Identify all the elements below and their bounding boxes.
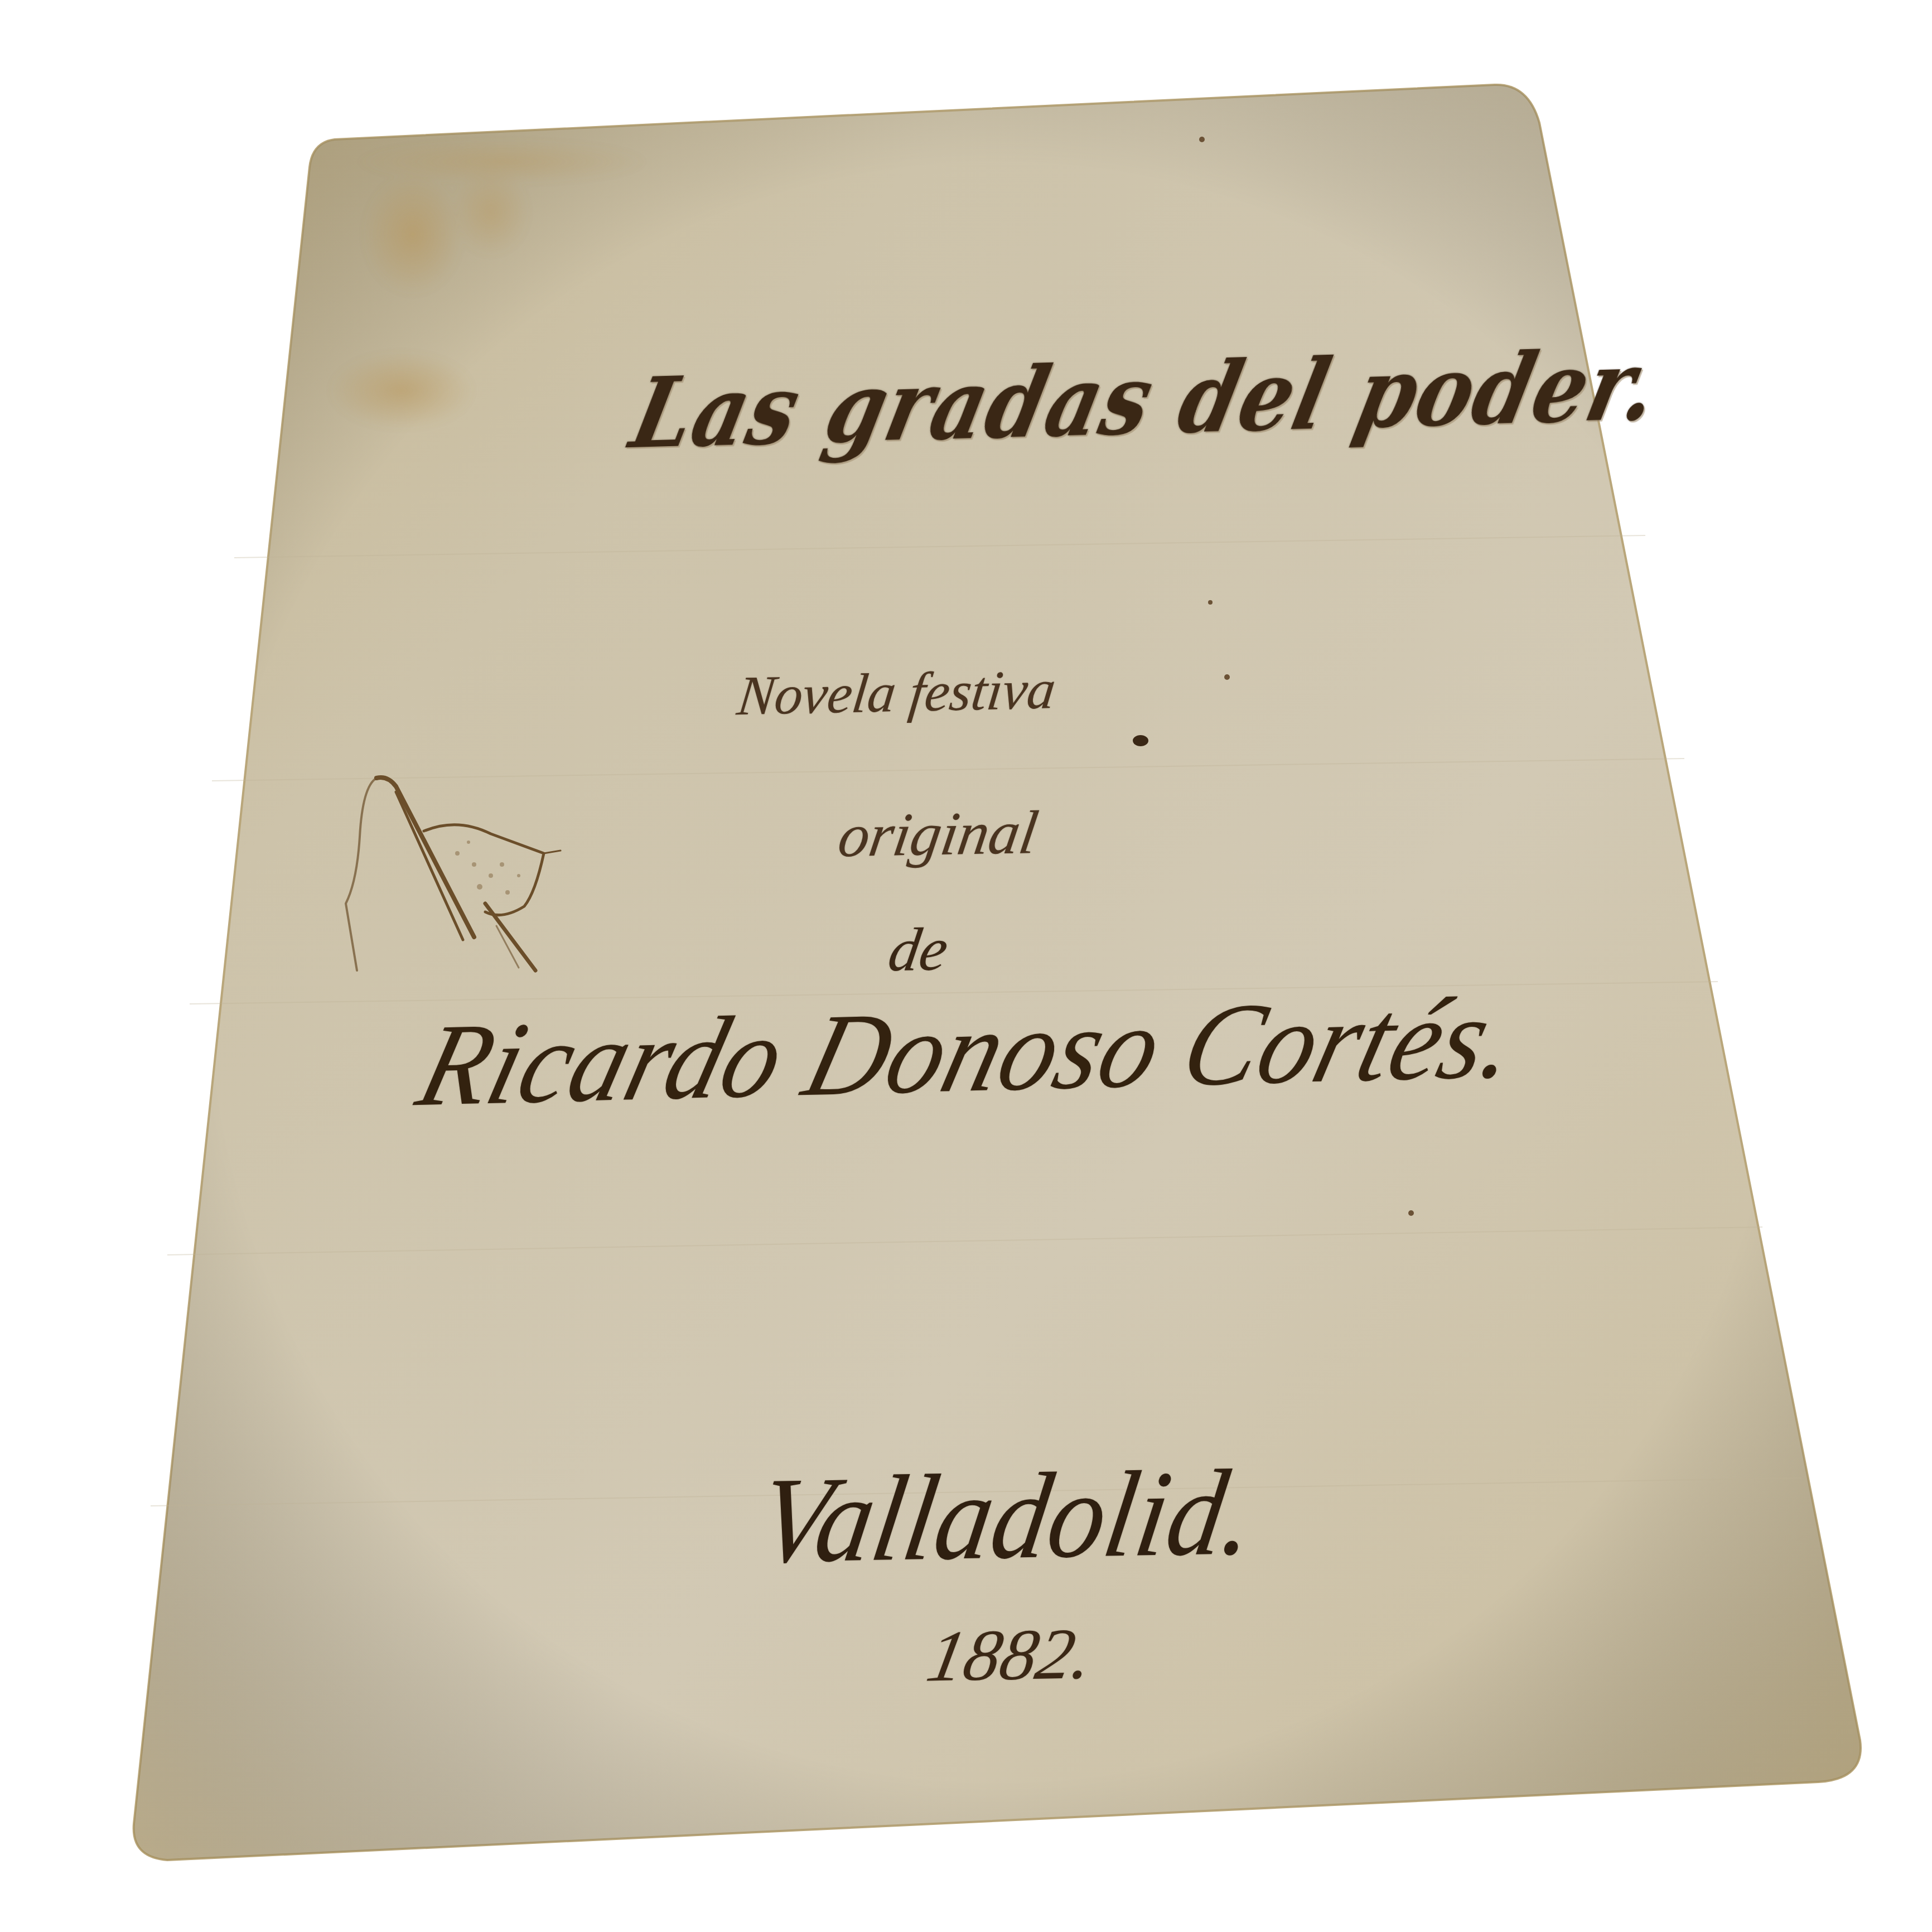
- manuscript-scene: Las gradas del poder. Novela festiva ori…: [0, 0, 1932, 1932]
- manuscript-subtitle: Novela festiva: [734, 657, 1059, 728]
- manuscript-qualifier: original: [834, 797, 1043, 872]
- year: 1882.: [921, 1612, 1100, 1699]
- byline-prefix: de: [884, 914, 953, 986]
- ink-sketch-icon: [335, 753, 586, 1004]
- place-of-writing: Valladolid.: [750, 1442, 1265, 1592]
- ink-blot-icon: [1133, 735, 1148, 746]
